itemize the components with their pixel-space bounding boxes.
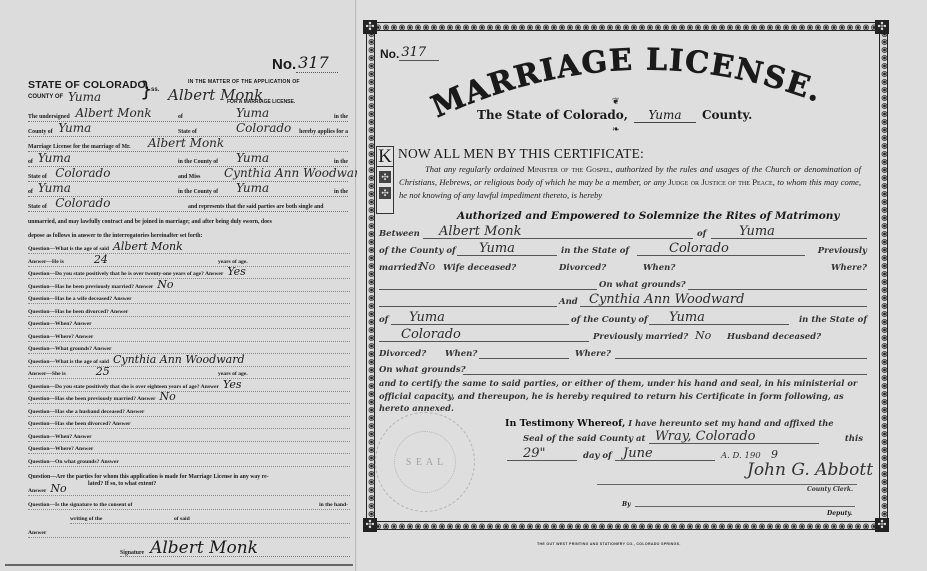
county-seal: S E A L — [375, 412, 475, 512]
handwritten-entry: Albert Monk — [76, 106, 152, 120]
bride-previously-married: No — [695, 329, 711, 342]
by-label: By — [622, 501, 631, 508]
groom-county-line: of the County of Yuma in the State of Co… — [379, 243, 867, 258]
groom-grounds-line: On what grounds? — [379, 277, 867, 292]
ornamental-border-bottom — [366, 521, 888, 530]
groom-residence: Yuma — [739, 224, 775, 239]
handwritten-entry: Colorado — [55, 196, 110, 210]
question-text: Question—Do you state positively that he… — [28, 271, 223, 277]
printed-label: in the County of — [178, 159, 218, 165]
bride-divorce-line: Divorced? When? Where? — [379, 346, 867, 361]
groom-county: Yuma — [479, 241, 515, 256]
corner-ornament-icon: ✣ — [875, 518, 889, 532]
ss-label: ss. — [151, 87, 159, 93]
question-text: Question—What grounds? Answer — [28, 346, 112, 352]
handwritten-entry: Yuma — [236, 151, 269, 165]
matter-label: IN THE MATTER OF THE APPLICATION OF — [188, 79, 300, 85]
question-row: Question—Has he been previously married?… — [28, 280, 350, 292]
question-row: Question—Has he been divorced? Answer — [28, 305, 350, 317]
bride-county: Yuma — [669, 310, 705, 325]
know-all-heading: NOW ALL MEN BY THIS CERTIFICATE: — [398, 146, 644, 162]
application-paragraph: unmarried, and may lawfully contract and… — [28, 213, 348, 226]
handwritten-entry: Yuma — [38, 151, 71, 165]
ornament-icon: ❦ — [612, 96, 620, 107]
printed-label: of — [28, 189, 33, 195]
question-text: Question—What is the age of said — [28, 246, 109, 252]
question-text: Question—Has he been divorced? Answer — [28, 309, 128, 315]
question-answer: 24 — [94, 255, 108, 265]
question-row: Question—Has she a husband deceased? Ans… — [28, 405, 350, 417]
question-text: Question—When? Answer — [28, 434, 92, 440]
question-text: Answer—She is — [28, 371, 66, 377]
ornament-icon: ✣ — [379, 187, 391, 199]
corner-ornament-icon: ✣ — [875, 20, 889, 34]
preamble-text: That any regularly ordained Minister of … — [399, 163, 861, 203]
seal-line: Seal of the said County at Wray, Colorad… — [523, 431, 863, 446]
testimony-line: In Testimony Whereof, I have hereunto se… — [505, 418, 834, 429]
handwritten-entry: Albert Monk — [148, 136, 224, 150]
signature-label: Signature — [120, 550, 144, 556]
handwritten-entry: Yuma — [236, 181, 269, 195]
consent-question-row: Question—Is the signature to the consent… — [28, 498, 350, 510]
question-row: Question—Where? Answer — [28, 330, 350, 342]
question-text: Question—Where? Answer — [28, 334, 93, 340]
question-text: Question—Do you state positively that sh… — [28, 384, 219, 390]
question-text: Question—Has she a husband deceased? Ans… — [28, 409, 144, 415]
question-text: Question—On what grounds? Answer — [28, 459, 119, 465]
subtitle-county: Yuma — [634, 108, 696, 123]
license-subtitle: The State of Colorado,YumaCounty. — [477, 108, 752, 123]
number-value: 317 — [298, 53, 329, 72]
printed-label: State of — [28, 204, 47, 210]
question-row: Question—Has she been divorced? Answer — [28, 417, 350, 429]
question-row: Question—What is the age of saidCynthia … — [28, 355, 350, 367]
question-text: Question—When? Answer — [28, 321, 92, 327]
clerk-signature: John G. Abbott — [747, 460, 873, 480]
corner-ornament-icon: ✣ — [363, 20, 377, 34]
answer-label: Answer — [28, 488, 46, 494]
question-suffix: years of age. — [218, 259, 248, 265]
handwritten-entry: Yuma — [58, 121, 91, 135]
handwritten-entry: Colorado — [55, 166, 110, 180]
drop-cap: K — [377, 147, 393, 167]
question-row: Answer—He is24years of age. — [28, 255, 350, 267]
bride-name: Cynthia Ann Woodward — [589, 292, 744, 307]
for-license-label: FOR A MARRIAGE LICENSE. — [227, 99, 295, 105]
question-text: Answer—He is — [28, 259, 64, 265]
application-paragraph: depose as follows in answer to the inter… — [28, 227, 348, 240]
bride-state: Colorado — [401, 327, 461, 342]
county-value: Yuma — [68, 90, 101, 104]
question-row: Question—Where? Answer — [28, 442, 350, 454]
clerk-rule — [597, 484, 857, 485]
printed-label: in the — [334, 189, 348, 195]
question-answer: Yes — [227, 267, 245, 277]
printer-imprint: THE OUT WEST PRINTING AND STATIONERY CO.… — [537, 542, 681, 546]
application-line: State ofColoradoand represents that the … — [28, 199, 348, 212]
question-row: Question—Do you state positively that sh… — [28, 380, 350, 392]
printed-label: of — [178, 114, 183, 120]
printed-label: and represents that the said parties are… — [188, 204, 323, 210]
printed-label: and Miss — [178, 174, 200, 180]
authorized-heading: Authorized and Empowered to Solemnize th… — [457, 210, 840, 222]
month-value: June — [623, 446, 653, 461]
ornament-icon: ✣ — [379, 171, 391, 183]
ornamental-border-left — [366, 22, 375, 530]
printed-label: County of — [28, 129, 53, 135]
seal-place: Wray, Colorado — [655, 429, 756, 444]
groom-line: Between Albert Monk of Yuma — [379, 226, 867, 241]
clerk-label: County Clerk. — [807, 486, 853, 493]
bride-grounds-line: On what grounds? — [379, 362, 867, 377]
day-value: 29" — [523, 446, 546, 461]
question-text: Question—Where? Answer — [28, 446, 93, 452]
ornament-icon: ❧ — [612, 124, 620, 135]
printed-label: in the — [334, 114, 348, 120]
question-text: Question—Has she been divorced? Answer — [28, 421, 130, 427]
applicant-signature: Albert Monk — [150, 540, 258, 556]
initial-letter-box: K ✣ ✣ — [376, 146, 394, 214]
groom-marital-line: married? No Wife deceased? Divorced? Whe… — [379, 260, 867, 275]
printed-label: State of — [178, 129, 197, 135]
question-text: Question—Has he been previously married?… — [28, 284, 153, 290]
corner-ornament-icon: ✣ — [363, 518, 377, 532]
question-row: Question—What is the age of saidAlbert M… — [28, 242, 350, 254]
bottom-rule — [5, 564, 353, 566]
consent-answer-row: Answer — [28, 526, 350, 538]
handwritten-entry: Colorado — [236, 121, 291, 135]
handwritten-entry: Yuma — [38, 181, 71, 195]
question-row: Question—Has she been previously married… — [28, 392, 350, 404]
question-row: Answer—She is25years of age. — [28, 367, 350, 379]
ornamental-border-top — [366, 22, 888, 31]
groom-name: Albert Monk — [439, 224, 522, 239]
related-answer: No — [50, 484, 66, 494]
question-row: Question—Has he a wife deceased? Answer — [28, 292, 350, 304]
printed-label: hereby applies for a — [299, 129, 348, 135]
question-answer: Cynthia Ann Woodward — [113, 355, 245, 365]
question-answer: Albert Monk — [113, 242, 183, 252]
related-answer-row: Answer No — [28, 484, 350, 496]
question-text: Question—Has she been previously married… — [28, 396, 155, 402]
applicant-signature-row: Signature Albert Monk — [120, 543, 350, 557]
bride-county-line: of Yuma of the County of Yuma in the Sta… — [379, 312, 867, 327]
printed-label: The undersigned — [28, 114, 70, 120]
application-number: No.317 — [272, 53, 338, 73]
printed-label: State of — [28, 174, 47, 180]
question-suffix: years of age. — [218, 371, 248, 377]
question-answer: Yes — [223, 380, 241, 390]
bride-state-line: Colorado Previously married? No Husband … — [379, 329, 867, 344]
question-row: Question—When? Answer — [28, 317, 350, 329]
ornamental-border-right — [879, 22, 888, 530]
handwritten-entry: Yuma — [236, 106, 269, 120]
application-line: State ofColoradoand MissCynthia Ann Wood… — [28, 169, 348, 182]
groom-state: Colorado — [669, 241, 729, 256]
printed-label: Marriage License for the marriage of Mr. — [28, 144, 131, 150]
deputy-label: Deputy. — [827, 510, 852, 517]
printed-label: in the — [334, 159, 348, 165]
question-answer: No — [159, 392, 175, 402]
by-rule — [635, 506, 855, 507]
application-line: Marriage License for the marriage of Mr.… — [28, 139, 348, 152]
bride-line: And Cynthia Ann Woodward — [379, 294, 867, 309]
application-page: No.317 STATE OF COLORADO, COUNTY OF Yuma… — [0, 0, 356, 571]
certify-text: and to certify the same to said parties,… — [379, 377, 867, 415]
consent-line-2: writing of the of said — [70, 512, 350, 524]
number-label: No. — [272, 56, 296, 73]
question-text: Question—What is the age of said — [28, 359, 109, 365]
license-page: ✣ ✣ ✣ ✣ No.317 MARRIAGE LICENSE. ❦ The S… — [357, 0, 927, 571]
question-answer: No — [157, 280, 173, 290]
printed-label: in the County of — [178, 189, 218, 195]
groom-previously-married: No — [419, 260, 435, 273]
question-row: Question—Do you state positively that he… — [28, 267, 350, 279]
question-answer: 25 — [96, 367, 110, 377]
question-row: Question—When? Answer — [28, 430, 350, 442]
question-row: Question—On what grounds? Answer — [28, 455, 350, 467]
handwritten-entry: Cynthia Ann Woodward — [224, 166, 367, 180]
bride-residence: Yuma — [409, 310, 445, 325]
printed-label: of — [28, 159, 33, 165]
question-text: Question—Has he a wife deceased? Answer — [28, 296, 132, 302]
